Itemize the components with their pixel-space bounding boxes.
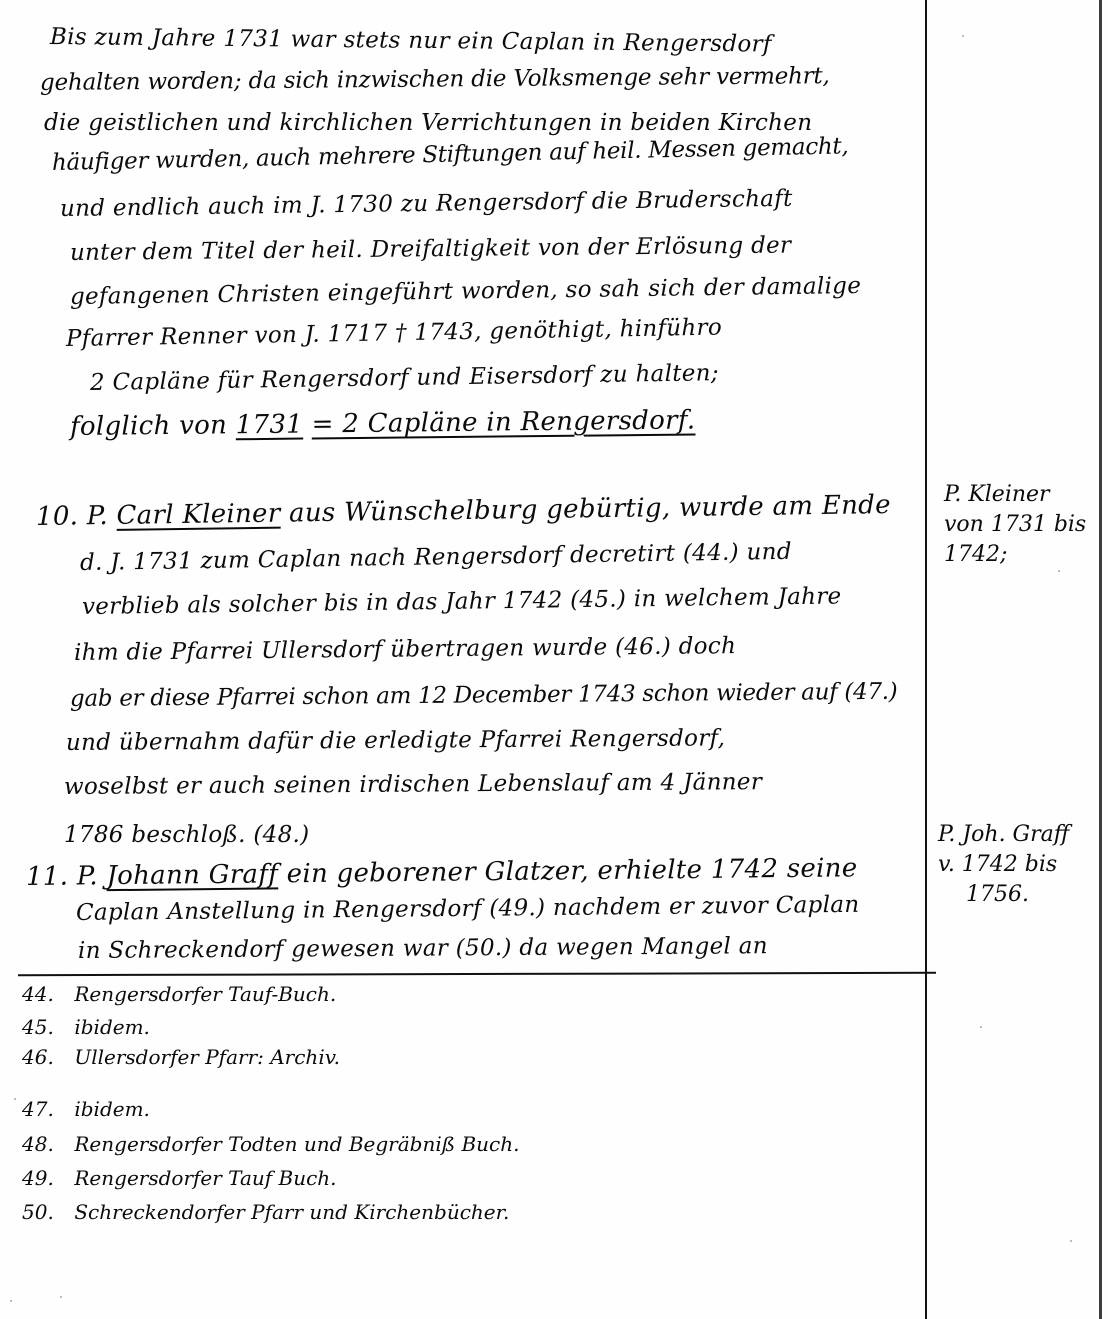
intro-line: gefangenen Christen eingeführt worden, s… bbox=[70, 273, 862, 310]
entry-line: 1786 beschloß. (48.) bbox=[64, 822, 309, 848]
entry-line: woselbst er auch seinen irdischen Lebens… bbox=[64, 769, 762, 800]
summary-prefix: folglich von bbox=[70, 410, 227, 442]
scan-speck bbox=[60, 1296, 62, 1298]
footnote-number: 45. bbox=[22, 1015, 68, 1039]
intro-line: unter dem Titel der heil. Dreifaltigkeit… bbox=[70, 232, 792, 266]
entry-title: P. bbox=[77, 861, 98, 891]
entry-line: gab er diese Pfarrei schon am 12 Decembe… bbox=[70, 679, 898, 712]
entry-name: Carl Kleiner bbox=[116, 499, 280, 531]
footnote-text: Ullersdorfer Pfarr: Archiv. bbox=[74, 1045, 340, 1069]
intro-line: Bis zum Jahre 1731 war stets nur ein Cap… bbox=[50, 24, 772, 58]
intro-line: gehalten worden; da sich inzwischen die … bbox=[40, 63, 830, 96]
entry-line: ein geborener Glatzer, erhielte 1742 sei… bbox=[287, 853, 858, 889]
scan-speck bbox=[1058, 570, 1060, 572]
footnote-text: Rengersdorfer Tauf-Buch. bbox=[74, 982, 336, 1006]
footnote-number: 48. bbox=[22, 1132, 68, 1156]
entry-name: Johann Graff bbox=[106, 859, 278, 891]
page-right-edge bbox=[1099, 0, 1102, 1319]
footnote: 46. Ullersdorfer Pfarr: Archiv. bbox=[22, 1045, 340, 1069]
entry-line: verblieb als solcher bis in das Jahr 174… bbox=[82, 583, 842, 620]
entry-title: P. bbox=[87, 501, 109, 531]
margin-note-graff: P. Joh. Graff v. 1742 bis 1756. bbox=[938, 820, 1069, 910]
entry-line: ihm die Pfarrei Ullersdorf übertragen wu… bbox=[74, 633, 736, 666]
footnote-number: 46. bbox=[22, 1045, 68, 1069]
footnote: 50. Schreckendorfer Pfarr und Kirchenbüc… bbox=[22, 1200, 509, 1224]
margin-note-line: von 1731 bis bbox=[944, 510, 1086, 540]
entry-heading: 11. P. Johann Graff ein geborener Glatze… bbox=[26, 853, 858, 892]
footnote: 49. Rengersdorfer Tauf Buch. bbox=[22, 1166, 337, 1190]
footnote-text: ibidem. bbox=[74, 1097, 150, 1121]
margin-note-line: P. Kleiner bbox=[944, 480, 1086, 510]
entry-line: aus Wünschelburg gebürtig, wurde am Ende bbox=[289, 490, 891, 528]
scan-speck bbox=[962, 35, 964, 37]
footnote-text: Schreckendorfer Pfarr und Kirchenbücher. bbox=[74, 1200, 509, 1224]
intro-line: häufiger wurden, auch mehrere Stiftungen… bbox=[52, 133, 849, 176]
entry-line: d. J. 1731 zum Caplan nach Rengersdorf d… bbox=[80, 539, 792, 576]
entry-heading: 10. P. Carl Kleiner aus Wünschelburg geb… bbox=[36, 490, 891, 532]
margin-note-line: v. 1742 bis bbox=[938, 850, 1069, 880]
intro-line: und endlich auch im J. 1730 zu Rengersdo… bbox=[60, 186, 793, 222]
footnote-text: ibidem. bbox=[74, 1015, 150, 1039]
intro-line: die geistlichen und kirchlichen Verricht… bbox=[44, 110, 812, 136]
intro-line: Pfarrer Renner von J. 1717 † 1743, genöt… bbox=[66, 315, 722, 352]
margin-column-rule bbox=[925, 0, 927, 1319]
footnote: 44. Rengersdorfer Tauf-Buch. bbox=[22, 982, 336, 1006]
footnote-number: 50. bbox=[22, 1200, 68, 1224]
scan-speck bbox=[1070, 1240, 1072, 1242]
intro-summary-line: folglich von 1731 = 2 Capläne in Rengers… bbox=[70, 405, 696, 442]
footnote: 47. ibidem. bbox=[22, 1097, 150, 1121]
intro-line: 2 Capläne für Rengersdorf und Eisersdorf… bbox=[90, 360, 719, 396]
footnote-separator-rule bbox=[18, 972, 936, 976]
scan-speck bbox=[980, 1026, 982, 1028]
entry-number: 10. bbox=[36, 501, 79, 532]
scan-speck bbox=[14, 1098, 16, 1100]
footnote-text: Rengersdorfer Tauf Buch. bbox=[74, 1166, 336, 1190]
margin-note-kleiner: P. Kleiner von 1731 bis 1742; bbox=[944, 480, 1086, 570]
margin-note-line: 1756. bbox=[938, 880, 1069, 910]
margin-note-line: 1742; bbox=[944, 540, 1086, 570]
footnote-text: Rengersdorfer Todten und Begräbniß Buch. bbox=[74, 1132, 519, 1156]
entry-number: 11. bbox=[26, 862, 69, 892]
entry-line: und übernahm dafür die erledigte Pfarrei… bbox=[66, 725, 725, 756]
summary-year: 1731 bbox=[236, 410, 304, 441]
entry-line: Caplan Anstellung in Rengersdorf (49.) n… bbox=[76, 892, 860, 926]
manuscript-page: Bis zum Jahre 1731 war stets nur ein Cap… bbox=[0, 0, 1108, 1319]
margin-note-line: P. Joh. Graff bbox=[938, 820, 1069, 850]
footnote-number: 47. bbox=[22, 1097, 68, 1121]
entry-line: in Schreckendorf gewesen war (50.) da we… bbox=[78, 933, 768, 964]
footnote-number: 49. bbox=[22, 1166, 68, 1190]
scan-speck bbox=[10, 1300, 12, 1302]
footnote: 48. Rengersdorfer Todten und Begräbniß B… bbox=[22, 1132, 519, 1156]
footnote: 45. ibidem. bbox=[22, 1015, 150, 1039]
footnote-number: 44. bbox=[22, 982, 68, 1006]
summary-rest: = 2 Capläne in Rengersdorf. bbox=[311, 405, 695, 439]
